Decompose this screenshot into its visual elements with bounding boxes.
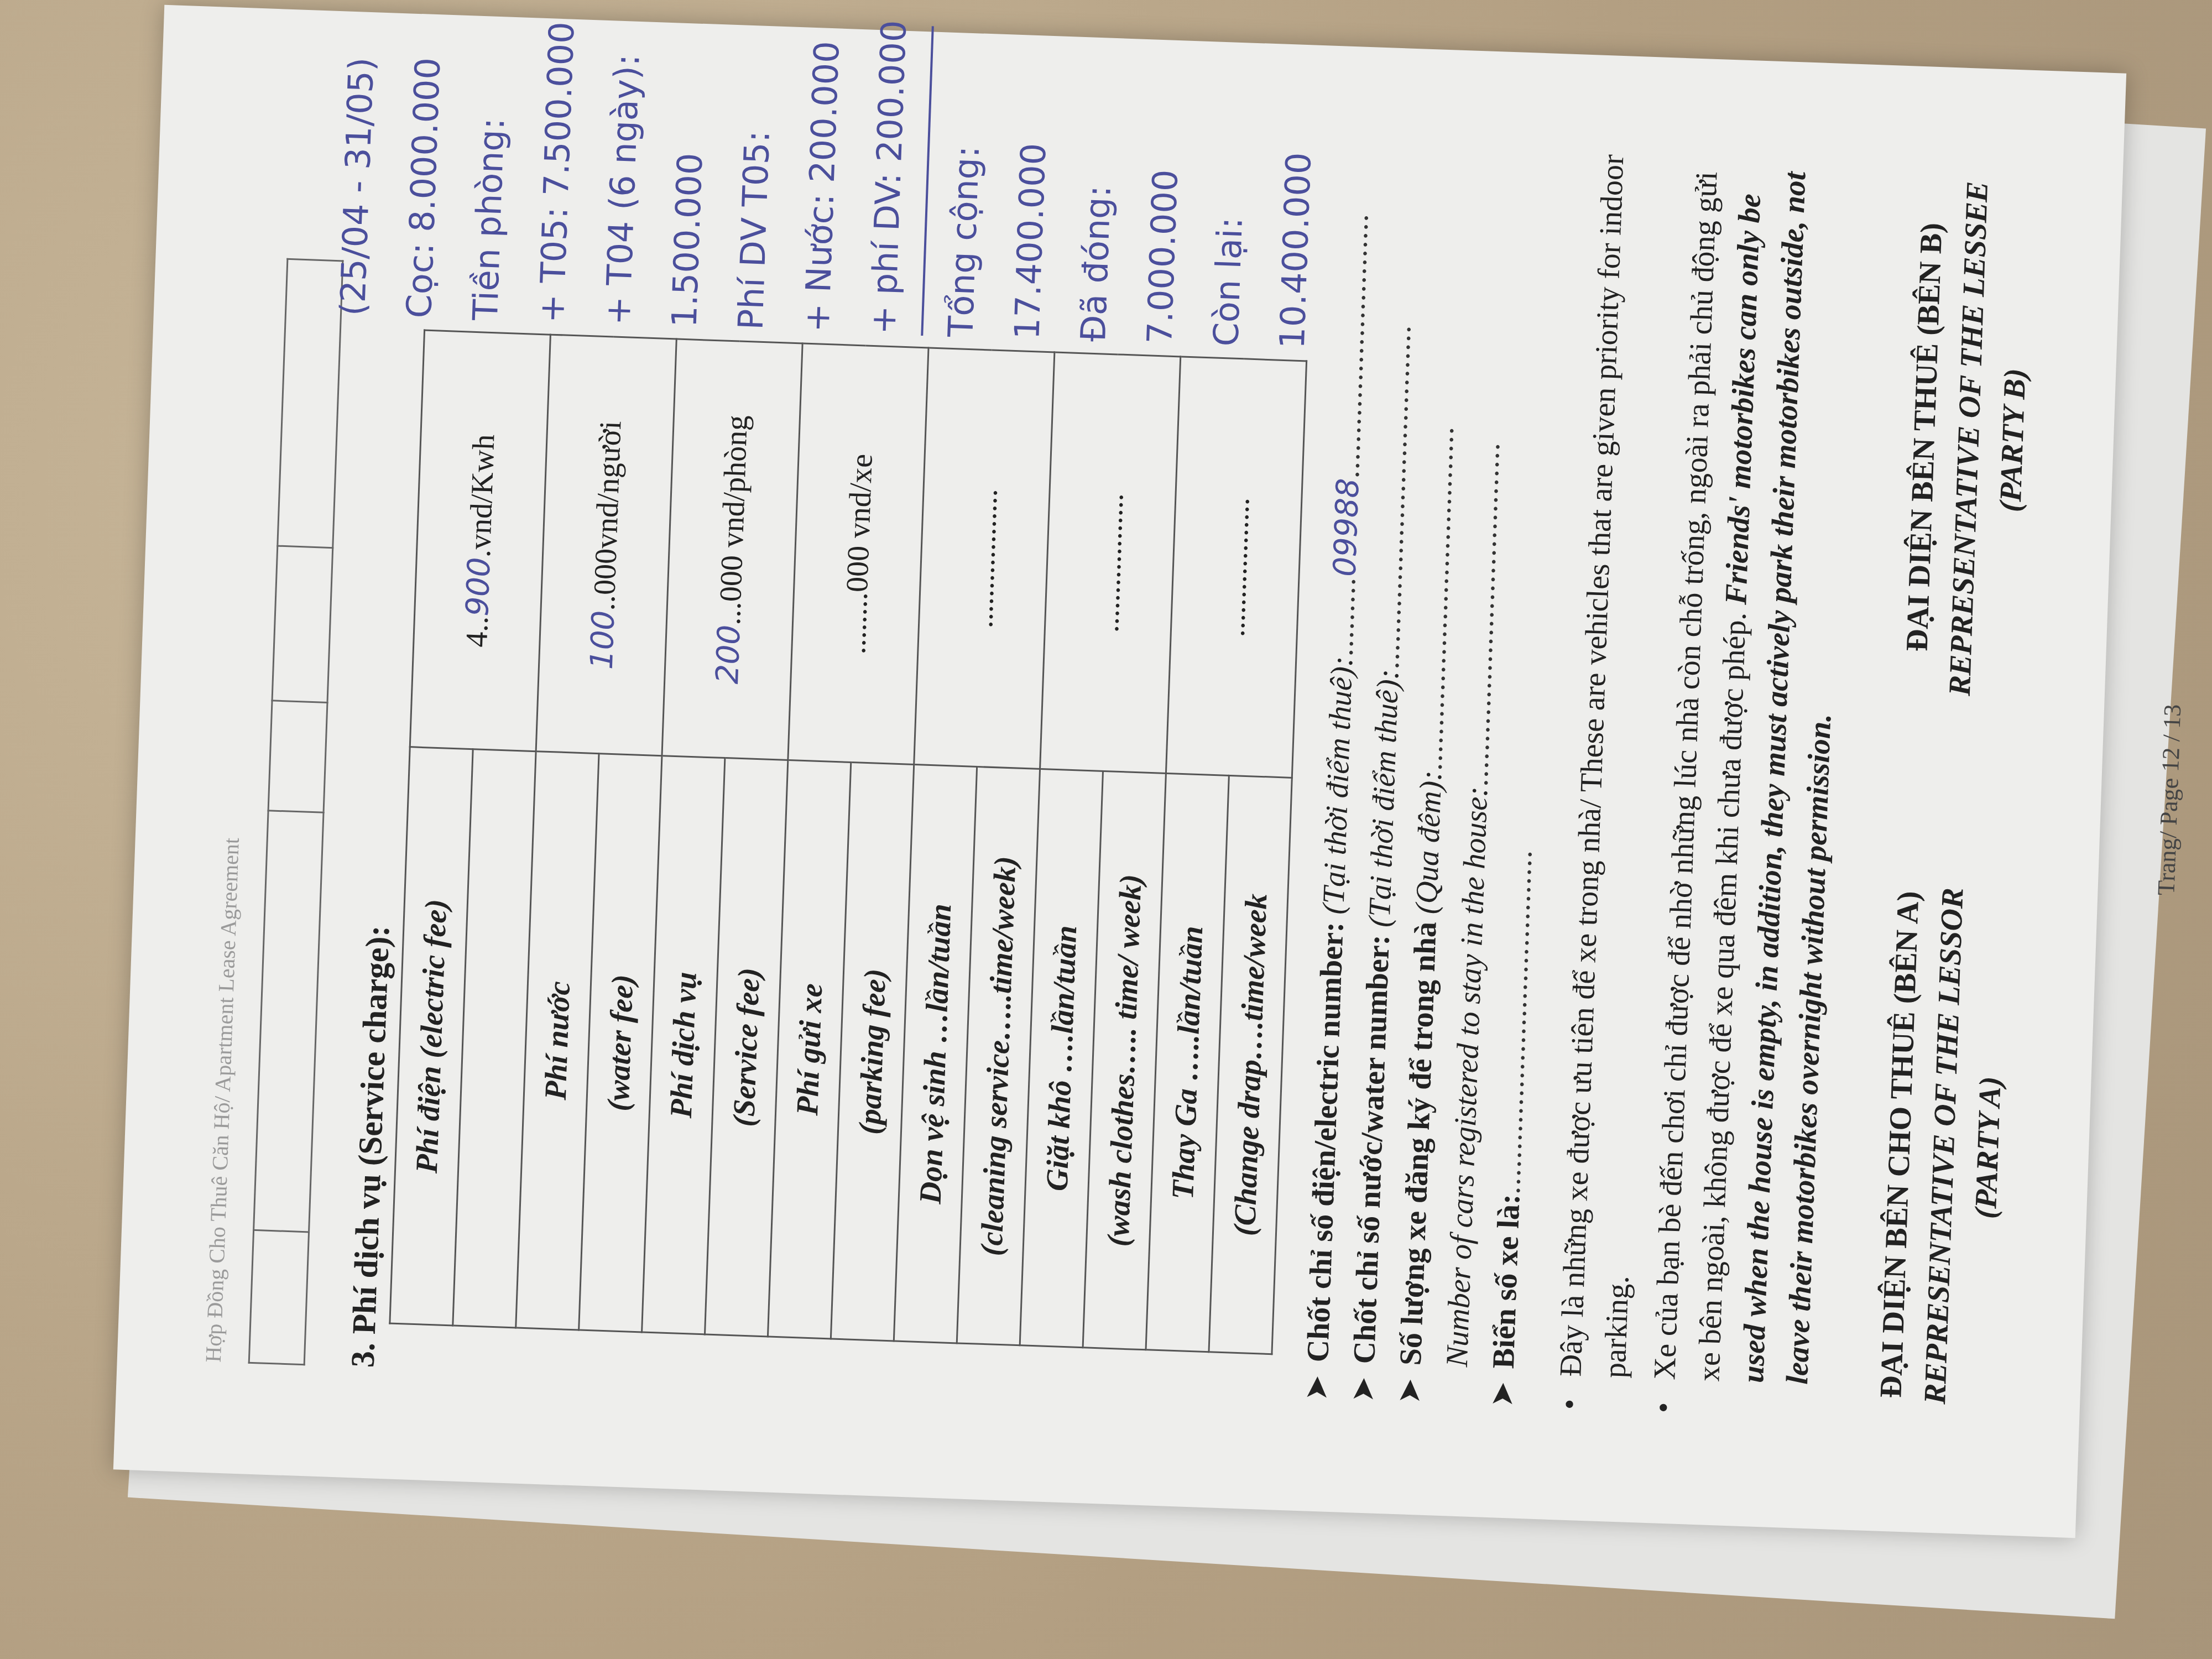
parking-rules: Đây là những xe được ưu tiên để xe trong… xyxy=(1547,149,1862,1418)
contract-page: Hợp Đồng Cho Thuê Căn Hộ/ Apartment Leas… xyxy=(113,5,2126,1538)
handwritten-notes: (25/04 - 31/05) Cọc: 8.000.000Tiền phòng… xyxy=(320,0,1337,350)
note-total: Còn lại: 10.400.000 xyxy=(1193,14,1337,350)
note-line: Tiền phòng: xyxy=(452,0,530,322)
signature-block: ĐẠI DIỆN BÊN CHO THUÊ (BÊN A) REPRESENTA… xyxy=(1868,160,2044,1425)
fee-value: 100..000vnd/người xyxy=(536,335,676,755)
note-line: + T04 (6 ngày): 1.500.000 xyxy=(585,0,729,328)
note-period: (25/04 - 31/05) xyxy=(320,0,398,317)
note-total: Đã đóng: 7.000.000 xyxy=(1060,9,1204,345)
fee-value: .................. xyxy=(914,348,1055,769)
note-line: Phí DV T05: xyxy=(718,0,796,331)
fee-value: 200...000 vnd/phòng xyxy=(662,339,802,760)
arrow-bullet-icon: ➤ xyxy=(1479,1368,1526,1408)
note-line: + Nước: 200.000 xyxy=(784,0,862,333)
handwritten-value: 900 xyxy=(460,557,498,617)
header-table xyxy=(248,258,344,1365)
fee-value: 4..900.vnd/Kwh xyxy=(410,330,550,751)
handwritten-value: 100 xyxy=(584,610,622,670)
party-b-signature: ĐẠI DIỆN BÊN THUÊ (BÊN B) REPRESENTATIVE… xyxy=(1893,160,2045,717)
note-line: + T05: 7.500.000 xyxy=(519,0,597,324)
note-line: Cọc: 8.000.000 xyxy=(386,0,464,319)
arrow-bullet-icon xyxy=(1465,1368,1467,1406)
rule-bullet: Xe của bạn bè đến chơi chỉ được để nhờ n… xyxy=(1641,152,1862,1418)
note-total: Tổng cộng: 17.400.000 xyxy=(927,4,1072,341)
handwritten-meter-reading: 09988 xyxy=(1327,478,1366,577)
handwritten-value: 200 xyxy=(709,624,748,685)
service-fee-table: Phí điện (electric fee)4..900.vnd/KwhPhí… xyxy=(389,330,1307,1355)
arrow-bullet-icon: ➤ xyxy=(1293,1361,1341,1402)
party-a-signature: ĐẠI DIỆN BÊN CHO THUÊ (BÊN A) REPRESENTA… xyxy=(1868,868,2020,1425)
checklist: ➤Chốt chỉ số điện/electric number: (Tại … xyxy=(1293,140,1569,1408)
arrow-bullet-icon: ➤ xyxy=(1386,1365,1433,1405)
fee-value: .................. xyxy=(1040,352,1181,773)
fee-value: .................. xyxy=(1166,357,1306,778)
photo-background: Hợp Đồng Cho Thuê Căn Hộ/ Apartment Leas… xyxy=(0,0,2212,1659)
arrow-bullet-icon: ➤ xyxy=(1339,1363,1387,1404)
fee-value: ........000 vnd/xe xyxy=(788,343,928,764)
note-line: + phí DV: 200.000 xyxy=(850,2,928,336)
